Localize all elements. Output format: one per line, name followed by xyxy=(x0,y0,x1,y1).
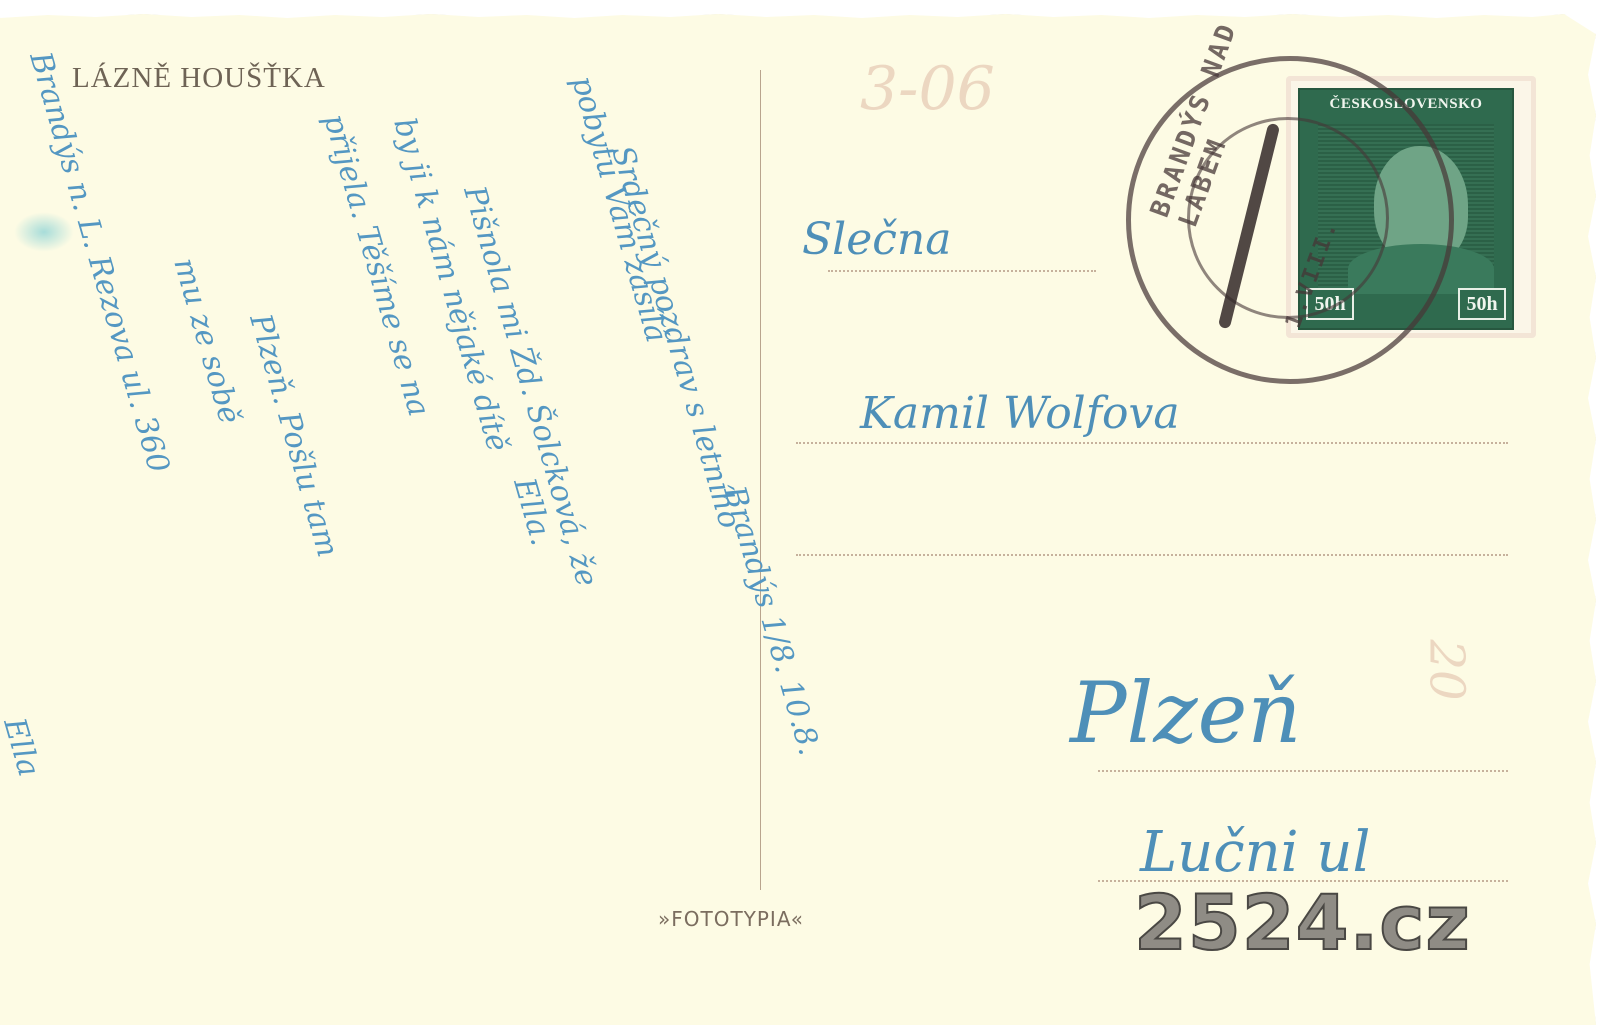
address-line-2 xyxy=(796,442,1508,444)
message-line: Brandýs n. L. Rezova ul. 360 xyxy=(22,48,176,477)
pencil-note-right: 20 xyxy=(1419,639,1475,700)
stamp-value-right: 50h xyxy=(1458,288,1506,320)
ink-blot xyxy=(14,212,74,252)
postcard-back: 3-06 20 LÁZNĚ HOUŠŤKA »FOTOTYPIA« Slečna… xyxy=(0,14,1596,1025)
watermark: 2524.cz xyxy=(1134,878,1471,967)
center-divider xyxy=(760,70,761,890)
address-line-3 xyxy=(796,554,1508,556)
address-street: Lučni ul xyxy=(1140,820,1370,885)
address-name: Kamil Wolfova xyxy=(860,388,1180,439)
pencil-note-top: 3-06 xyxy=(860,54,995,124)
address-city: Plzeň xyxy=(1070,664,1301,762)
message-signature: Ella xyxy=(0,714,46,780)
printer-imprint: »FOTOTYPIA« xyxy=(658,907,804,931)
message-line: Plzeň. Pošlu tam xyxy=(242,310,345,561)
postmark: BRANDÝS NAD LABEM 1.VIII. xyxy=(1126,56,1454,384)
address-line-1 xyxy=(828,270,1096,272)
message-line: mu ze sobě xyxy=(166,254,247,428)
address-salutation: Slečna xyxy=(802,214,951,265)
postcard-title: LÁZNĚ HOUŠŤKA xyxy=(72,62,326,95)
address-line-4 xyxy=(1098,770,1508,772)
